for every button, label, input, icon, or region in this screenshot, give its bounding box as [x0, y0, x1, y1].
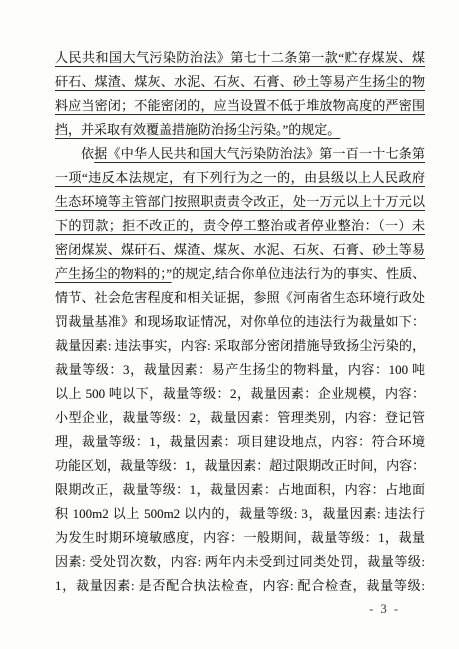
text-segment: 密闭煤炭、煤矸石、煤渣、煤灰、水泥、石灰、石膏、砂土等易	[55, 242, 425, 257]
text-segment: 料应当密闭；不能密闭的，应当设置不低于堆放物高度的严密围	[55, 98, 425, 113]
text-segment: 下的罚款；拒不改正的，责令停工整治或者停业整治：（一）未	[55, 218, 425, 233]
text-segment: 依	[81, 146, 94, 161]
text-segment: 功能区划，裁量等级：1，裁量因素：超过限期改正时间，内容：	[55, 458, 425, 473]
text-line: 下的罚款；拒不改正的，责令停工整治或者停业整治：（一）未	[55, 214, 425, 238]
text-segment: 为发生时期环境敏感度，内容：一般期间，裁量等级：1，裁量	[55, 530, 425, 545]
text-segment: 罚裁量基准》和现场取证情况，对你单位的违法行为裁量如下：	[55, 314, 425, 329]
text-segment: 1，裁量因素: 是否配合执法检查，内容: 配合检查，裁量等级:	[55, 578, 425, 593]
text-segment: 矸石、煤渣、煤灰、水泥、石灰、石膏、砂土等易产生扬尘的物	[55, 74, 425, 89]
page-number: - 3 -	[369, 602, 400, 617]
text-segment: 生态环境等主管部门按照职责责令改正，处一万元以上十万元以	[55, 194, 425, 209]
text-line: 依据《中华人民共和国大气污染防治法》第一百一十七条第	[55, 142, 425, 166]
document-body: 人民共和国大气污染防治法》第七十二条第一款“贮存煤炭、煤 矸石、煤渣、煤灰、水泥…	[55, 46, 425, 598]
text-segment: 的规定,结合你单位违法行为的事实、性质、	[172, 266, 425, 281]
text-line: 功能区划，裁量等级：1，裁量因素：超过限期改正时间，内容：	[55, 454, 425, 478]
text-line: 产生扬尘的物料的；”的规定,结合你单位违法行为的事实、性质、	[55, 262, 425, 286]
text-line: 1，裁量因素: 是否配合执法检查，内容: 配合检查，裁量等级:	[55, 574, 425, 598]
text-line: 小型企业，裁量等级：2，裁量因素：管理类别，内容：登记管	[55, 406, 425, 430]
text-segment: 积 100m2 以上 500m2 以内的，裁量等级: 3，裁量因素: 违法行	[55, 506, 425, 521]
text-line: 裁量因素: 违法事实，内容: 采取部分密闭措施导致扬尘污染的，	[55, 334, 425, 358]
text-line: 以上 500 吨以下，裁量等级：2，裁量因素：企业规模，内容：	[55, 382, 425, 406]
text-line: 人民共和国大气污染防治法》第七十二条第一款“贮存煤炭、煤	[55, 46, 425, 70]
text-segment: 一项“违反本法规定，有下列行为之一的，由县级以上人民政府	[55, 170, 425, 185]
text-line: 情节、社会危害程度和相关证据，参照《河南省生态环境行政处	[55, 286, 425, 310]
text-line: 裁量等级：3，裁量因素：易产生扬尘的物料量，内容：100 吨	[55, 358, 425, 382]
text-segment: 理，裁量等级：1，裁量因素：项目建设地点，内容：符合环境	[55, 434, 425, 449]
text-line: 密闭煤炭、煤矸石、煤渣、煤灰、水泥、石灰、石膏、砂土等易	[55, 238, 425, 262]
text-line: 理，裁量等级：1，裁量因素：项目建设地点，内容：符合环境	[55, 430, 425, 454]
text-line: 料应当密闭；不能密闭的，应当设置不低于堆放物高度的严密围	[55, 94, 425, 118]
text-line: 生态环境等主管部门按照职责责令改正，处一万元以上十万元以	[55, 190, 425, 214]
text-line: 矸石、煤渣、煤灰、水泥、石灰、石膏、砂土等易产生扬尘的物	[55, 70, 425, 94]
text-line: 罚裁量基准》和现场取证情况，对你单位的违法行为裁量如下：	[55, 310, 425, 334]
text-line: 因素: 受处罚次数，内容: 两年内未受到过同类处罚，裁量等级:	[55, 550, 425, 574]
text-segment: 情节、社会危害程度和相关证据，参照《河南省生态环境行政处	[55, 290, 425, 305]
text-segment: 限期改正，裁量等级：1，裁量因素：占地面积，内容：占地面	[55, 482, 425, 497]
text-line: 限期改正，裁量等级：1，裁量因素：占地面积，内容：占地面	[55, 478, 425, 502]
text-segment: 产生扬尘的物料的；”	[55, 266, 172, 281]
text-line: 挡，并采取有效覆盖措施防治扬尘污染。”的规定。	[55, 118, 425, 142]
text-segment: 因素: 受处罚次数，内容: 两年内未受到过同类处罚，裁量等级:	[55, 554, 425, 569]
text-segment: 小型企业，裁量等级：2，裁量因素：管理类别，内容：登记管	[55, 410, 425, 425]
text-segment: 人民共和国大气污染防治法》第七十二条第一款“贮存煤炭、煤	[55, 50, 425, 65]
text-segment: 裁量等级：3，裁量因素：易产生扬尘的物料量，内容：100 吨	[55, 362, 425, 377]
document-page: 人民共和国大气污染防治法》第七十二条第一款“贮存煤炭、煤 矸石、煤渣、煤灰、水泥…	[0, 0, 459, 649]
text-segment: 据《中华人民共和国大气污染防治法》第一百一十七条第	[94, 146, 425, 161]
text-segment: 以上 500 吨以下，裁量等级：2，裁量因素：企业规模，内容：	[55, 386, 425, 401]
text-line: 一项“违反本法规定，有下列行为之一的，由县级以上人民政府	[55, 166, 425, 190]
text-line: 积 100m2 以上 500m2 以内的，裁量等级: 3，裁量因素: 违法行	[55, 502, 425, 526]
text-line: 为发生时期环境敏感度，内容：一般期间，裁量等级：1，裁量	[55, 526, 425, 550]
text-segment: 挡，并采取有效覆盖措施防治扬尘污染。”的规定。	[55, 122, 340, 137]
text-segment: 裁量因素: 违法事实，内容: 采取部分密闭措施导致扬尘污染的，	[55, 338, 425, 353]
